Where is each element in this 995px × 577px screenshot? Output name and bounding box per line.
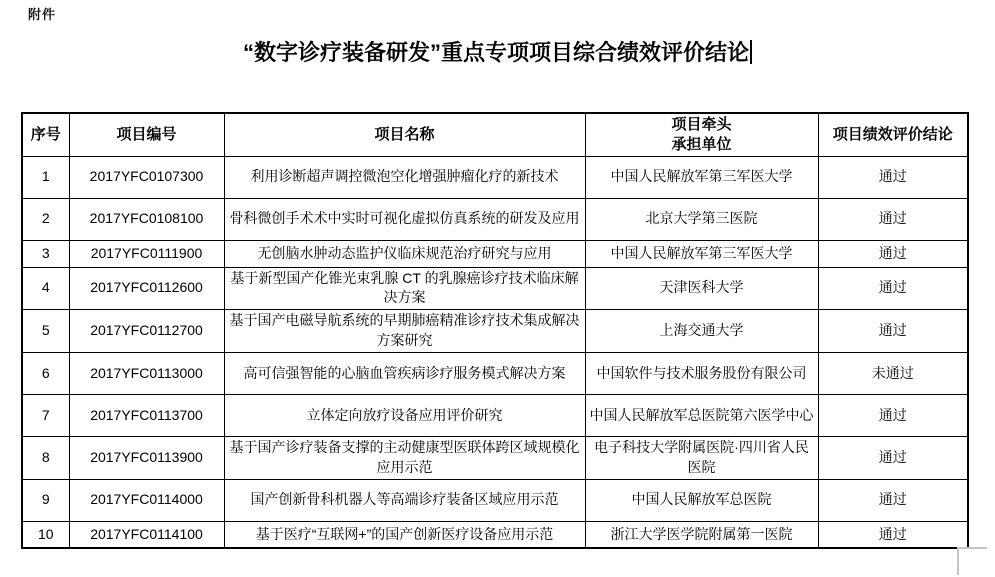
header-project-code: 项目编号 <box>69 113 224 156</box>
lead-unit-cell: 中国人民解放军第三军医大学 <box>585 240 818 267</box>
seq-cell: 5 <box>22 310 69 353</box>
lead-unit-cell: 北京大学第三医院 <box>585 198 818 240</box>
project-name-cell: 无创脑水肿动态监护仪临床规范治疗研究与应用 <box>224 240 585 267</box>
header-lead-unit-line2: 承担单位 <box>590 135 814 155</box>
lead-unit-cell: 电子科技大学附属医院·四川省人民医院 <box>585 437 818 480</box>
table-row: 6 2017YFC0113000 高可信强智能的心脑血管疾病诊疗服务模式解决方案… <box>22 353 968 395</box>
project-code-cell: 2017YFC0107300 <box>69 156 224 198</box>
project-name-cell: 利用诊断超声调控微泡空化增强肿瘤化疗的新技术 <box>224 156 585 198</box>
seq-cell: 3 <box>22 240 69 267</box>
project-name-cell: 国产创新骨科机器人等高端诊疗装备区域应用示范 <box>224 479 585 521</box>
text-boundary-corner-mark <box>957 547 987 575</box>
project-name-cell: 基于新型国产化锥光束乳腺 CT 的乳腺癌诊疗技术临床解决方案 <box>224 267 585 310</box>
table-row: 2 2017YFC0108100 骨科微创手术术中实时可视化虚拟仿真系统的研发及… <box>22 198 968 240</box>
result-cell: 通过 <box>818 395 968 437</box>
project-name-cell: 高可信强智能的心脑血管疾病诊疗服务模式解决方案 <box>224 353 585 395</box>
header-lead-unit-line1: 项目牵头 <box>590 115 814 135</box>
result-cell: 通过 <box>818 521 968 548</box>
attachment-label: 附件 <box>28 4 56 23</box>
lead-unit-cell: 上海交通大学 <box>585 310 818 353</box>
seq-cell: 8 <box>22 437 69 480</box>
text-cursor <box>750 40 752 64</box>
project-code-cell: 2017YFC0112600 <box>69 267 224 310</box>
evaluation-results-table: 序号 项目编号 项目名称 项目牵头 承担单位 项目绩效评价结论 1 2017YF… <box>21 112 969 549</box>
result-cell: 通过 <box>818 198 968 240</box>
header-project-name: 项目名称 <box>224 113 585 156</box>
table-header-row: 序号 项目编号 项目名称 项目牵头 承担单位 项目绩效评价结论 <box>22 113 968 156</box>
seq-cell: 7 <box>22 395 69 437</box>
result-cell: 未通过 <box>818 353 968 395</box>
table-row: 5 2017YFC0112700 基于国产电磁导航系统的早期肺癌精准诊疗技术集成… <box>22 310 968 353</box>
lead-unit-cell: 中国人民解放军总医院 <box>585 479 818 521</box>
project-code-cell: 2017YFC0112700 <box>69 310 224 353</box>
result-cell: 通过 <box>818 240 968 267</box>
project-name-cell: 基于国产电磁导航系统的早期肺癌精准诊疗技术集成解决方案研究 <box>224 310 585 353</box>
project-code-cell: 2017YFC0108100 <box>69 198 224 240</box>
result-cell: 通过 <box>818 437 968 480</box>
result-cell: 通过 <box>818 267 968 310</box>
page-title: “数字诊疗装备研发”重点专项项目综合绩效评价结论 <box>0 36 995 67</box>
project-code-cell: 2017YFC0114100 <box>69 521 224 548</box>
project-code-cell: 2017YFC0111900 <box>69 240 224 267</box>
seq-cell: 9 <box>22 479 69 521</box>
table-row: 8 2017YFC0113900 基于国产诊疗装备支撑的主动健康型医联体跨区域规… <box>22 437 968 480</box>
document-page: 附件 “数字诊疗装备研发”重点专项项目综合绩效评价结论 序号 项目编号 项目名称… <box>0 0 995 577</box>
seq-cell: 10 <box>22 521 69 548</box>
result-cell: 通过 <box>818 310 968 353</box>
project-name-cell: 基于医疗“互联网+”的国产创新医疗设备应用示范 <box>224 521 585 548</box>
lead-unit-cell: 中国人民解放军第三军医大学 <box>585 156 818 198</box>
result-cell: 通过 <box>818 156 968 198</box>
project-code-cell: 2017YFC0114000 <box>69 479 224 521</box>
seq-cell: 1 <box>22 156 69 198</box>
seq-cell: 4 <box>22 267 69 310</box>
project-name-cell: 骨科微创手术术中实时可视化虚拟仿真系统的研发及应用 <box>224 198 585 240</box>
lead-unit-cell: 中国人民解放军总医院第六医学中心 <box>585 395 818 437</box>
project-name-cell: 基于国产诊疗装备支撑的主动健康型医联体跨区域规模化应用示范 <box>224 437 585 480</box>
table-row: 4 2017YFC0112600 基于新型国产化锥光束乳腺 CT 的乳腺癌诊疗技… <box>22 267 968 310</box>
lead-unit-cell: 天津医科大学 <box>585 267 818 310</box>
seq-cell: 6 <box>22 353 69 395</box>
page-title-text: “数字诊疗装备研发”重点专项项目综合绩效评价结论 <box>243 40 749 65</box>
header-seq: 序号 <box>22 113 69 156</box>
table-row: 9 2017YFC0114000 国产创新骨科机器人等高端诊疗装备区域应用示范 … <box>22 479 968 521</box>
project-name-cell: 立体定向放疗设备应用评价研究 <box>224 395 585 437</box>
table-row: 7 2017YFC0113700 立体定向放疗设备应用评价研究 中国人民解放军总… <box>22 395 968 437</box>
project-code-cell: 2017YFC0113000 <box>69 353 224 395</box>
table-row: 1 2017YFC0107300 利用诊断超声调控微泡空化增强肿瘤化疗的新技术 … <box>22 156 968 198</box>
table-row: 3 2017YFC0111900 无创脑水肿动态监护仪临床规范治疗研究与应用 中… <box>22 240 968 267</box>
project-code-cell: 2017YFC0113700 <box>69 395 224 437</box>
header-result: 项目绩效评价结论 <box>818 113 968 156</box>
project-code-cell: 2017YFC0113900 <box>69 437 224 480</box>
result-cell: 通过 <box>818 479 968 521</box>
header-lead-unit: 项目牵头 承担单位 <box>585 113 818 156</box>
lead-unit-cell: 中国软件与技术服务股份有限公司 <box>585 353 818 395</box>
table-row: 10 2017YFC0114100 基于医疗“互联网+”的国产创新医疗设备应用示… <box>22 521 968 548</box>
seq-cell: 2 <box>22 198 69 240</box>
lead-unit-cell: 浙江大学医学院附属第一医院 <box>585 521 818 548</box>
